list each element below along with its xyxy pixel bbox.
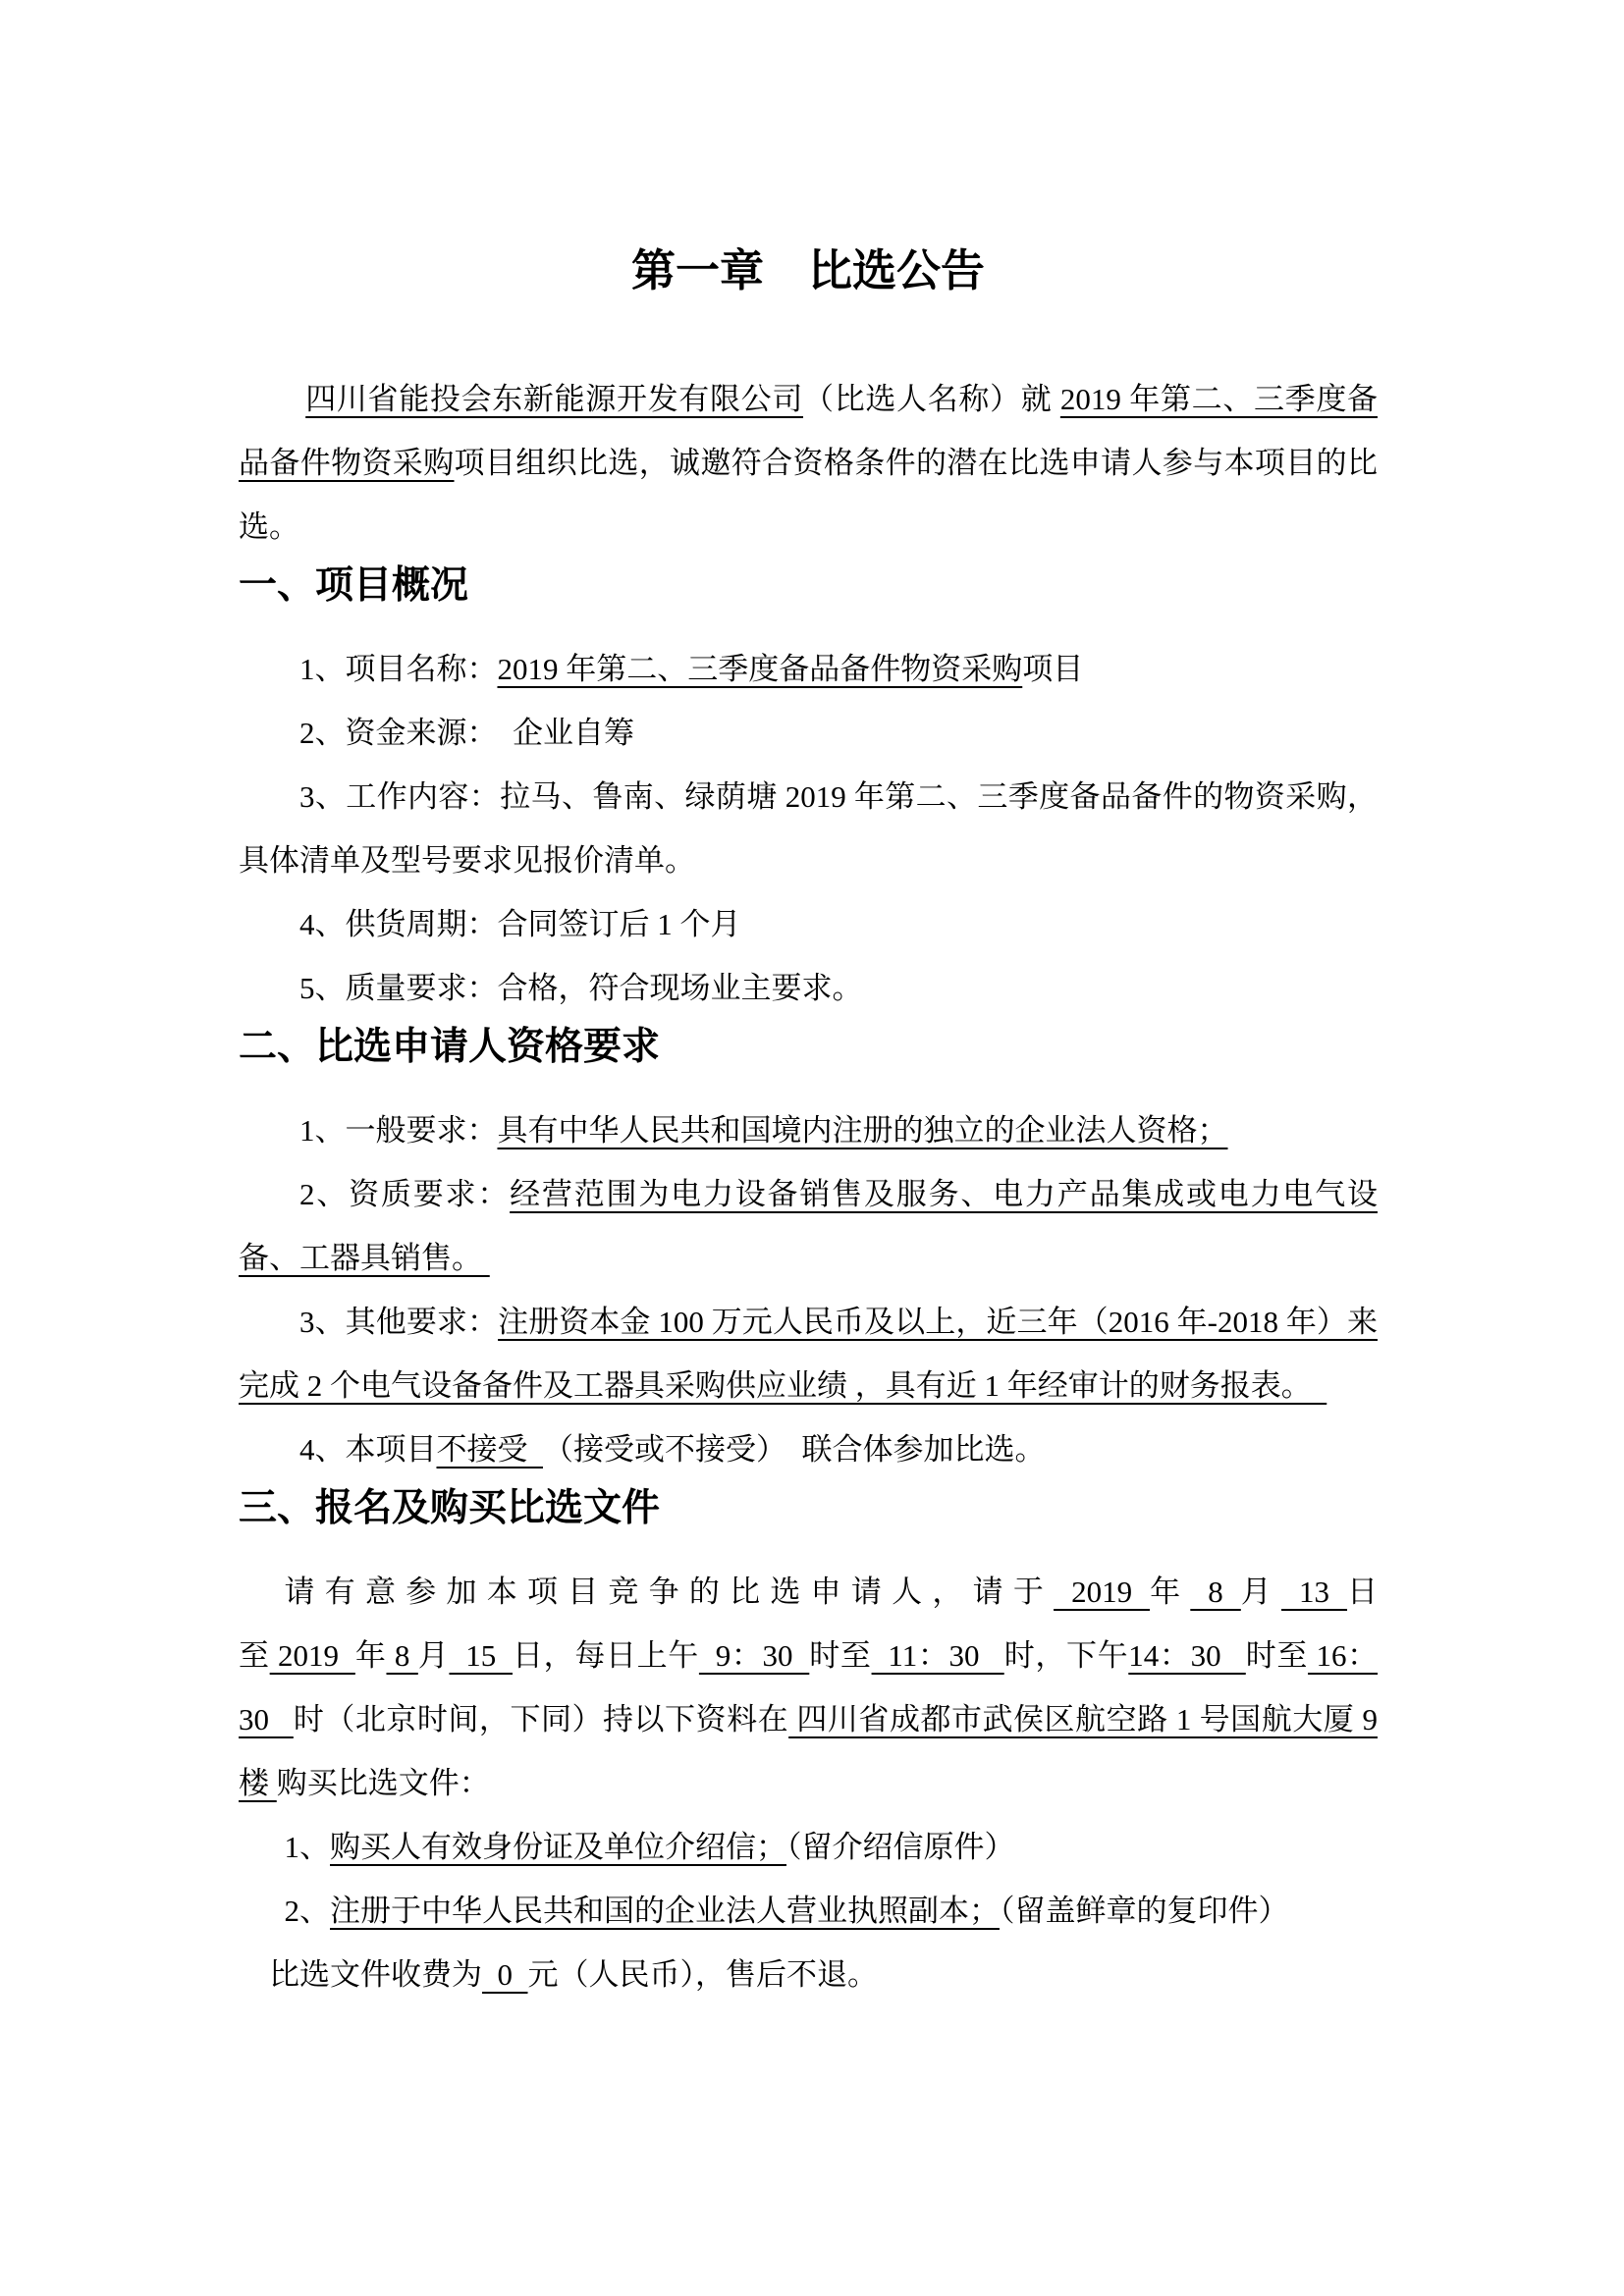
text-run: 11：30: [872, 1638, 1004, 1673]
text-run: （留盖鲜章的复印件）: [1000, 1894, 1289, 1928]
section-2-heading: 二、比选申请人资格要求: [239, 1020, 1378, 1074]
text-run: 具有中华人民共和国境内注册的独立的企业法人资格；: [498, 1113, 1228, 1148]
text-run: 时（北京时间，下同）持以下资料在: [294, 1702, 788, 1736]
text-run: 14：30: [1128, 1638, 1245, 1673]
text-run: 月: [1241, 1575, 1281, 1609]
text-run: 时，下午: [1004, 1638, 1129, 1673]
text-run: 1、: [285, 1830, 331, 1864]
text-run: 9：30: [699, 1638, 809, 1673]
text-run: 3、其他要求：: [299, 1305, 498, 1339]
text-run: 不接受: [437, 1432, 544, 1467]
text-run: 注册于中华人民共和国的企业法人营业执照副本；: [330, 1894, 1000, 1928]
text-run: 8: [1190, 1575, 1240, 1609]
section-2-item-1: 1、一般要求：具有中华人民共和国境内注册的独立的企业法人资格；: [239, 1098, 1378, 1162]
document-page: 第一章 比选公告 四川省能投会东新能源开发有限公司（比选人名称）就 2019 年…: [0, 0, 1624, 2296]
section-2-item-3: 3、其他要求：注册资本金 100 万元人民币及以上，近三年（2016 年-201…: [239, 1290, 1378, 1417]
section-1-item-2: 2、资金来源： 企业自筹: [239, 701, 1378, 765]
text-run: 四川省能投会东新能源开发有限公司: [305, 382, 803, 416]
section-1-item-3: 3、工作内容：拉马、鲁南、绿荫塘 2019 年第二、三季度备品备件的物资采购，具…: [239, 765, 1378, 892]
text-run: （留介绍信原件）: [786, 1830, 1015, 1864]
text-run: 月: [418, 1638, 450, 1673]
text-run: 时至: [809, 1638, 871, 1673]
text-run: 3、工作内容：拉马、鲁南、绿荫塘 2019 年第二、三季度备品备件的物资采购，具…: [239, 779, 1378, 878]
text-run: 项目: [1022, 652, 1083, 686]
text-run: 购买比选文件：: [277, 1766, 490, 1800]
chapter-title: 第一章 比选公告: [239, 243, 1378, 298]
text-run: 请有意参加本项目竞争的比选申请人，请于: [285, 1575, 1055, 1609]
text-run: 1、项目名称：: [299, 652, 498, 686]
text-run: 2、资质要求：: [299, 1177, 510, 1211]
text-run: 15: [449, 1638, 513, 1673]
text-run: 1、一般要求：: [299, 1113, 498, 1148]
text-run: 2、资金来源： 企业自筹: [299, 716, 634, 750]
section-1-item-5: 5、质量要求：合格，符合现场业主要求。: [239, 956, 1378, 1020]
text-run: 2、: [285, 1894, 331, 1928]
section-3-item-1: 1、购买人有效身份证及单位介绍信；（留介绍信原件）: [239, 1815, 1378, 1879]
section-3-item-2: 2、注册于中华人民共和国的企业法人营业执照副本；（留盖鲜章的复印件）: [239, 1879, 1378, 1943]
section-1-item-4: 4、供货周期：合同签订后 1 个月: [239, 892, 1378, 956]
section-2-item-4: 4、本项目不接受 （接受或不接受） 联合体参加比选。: [239, 1417, 1378, 1481]
text-run: 13: [1281, 1575, 1347, 1609]
text-run: 0: [482, 1957, 528, 1992]
text-run: 元（人民币），售后不退。: [528, 1957, 879, 1992]
text-run: （接受或不接受） 联合体参加比选。: [543, 1432, 1046, 1467]
text-run: 4、本项目: [299, 1432, 437, 1467]
text-run: 2019: [270, 1638, 355, 1673]
text-run: 日，每日上午: [513, 1638, 699, 1673]
fee-paragraph: 比选文件收费为 0 元（人民币），售后不退。: [239, 1943, 1378, 2006]
text-run: 5、质量要求：合格，符合现场业主要求。: [299, 971, 863, 1005]
text-run: 年: [355, 1638, 387, 1673]
text-run: 购买人有效身份证及单位介绍信；: [330, 1830, 786, 1864]
text-run: 时至: [1246, 1638, 1308, 1673]
text-run: 年: [1150, 1575, 1190, 1609]
section-3-paragraph: 请有意参加本项目竞争的比选申请人，请于 2019 年 8 月 13 日至 201…: [239, 1560, 1378, 1815]
text-run: 2019: [1054, 1575, 1150, 1609]
text-run: 2019 年第二、三季度备品备件物资采购: [498, 652, 1023, 686]
text-run: 比选文件收费为: [269, 1957, 482, 1992]
intro-paragraph: 四川省能投会东新能源开发有限公司（比选人名称）就 2019 年第二、三季度备品备…: [239, 367, 1378, 559]
text-run: （比选人名称）就: [803, 382, 1060, 416]
section-2-item-2: 2、资质要求：经营范围为电力设备销售及服务、电力产品集成或电力电气设备、工器具销…: [239, 1162, 1378, 1290]
section-1-item-1: 1、项目名称：2019 年第二、三季度备品备件物资采购项目: [239, 637, 1378, 701]
section-1-heading: 一、项目概况: [239, 559, 1378, 613]
text-run: 4、供货周期：合同签订后 1 个月: [299, 907, 741, 941]
section-3-heading: 三、报名及购买比选文件: [239, 1481, 1378, 1535]
text-run: 8: [387, 1638, 418, 1673]
